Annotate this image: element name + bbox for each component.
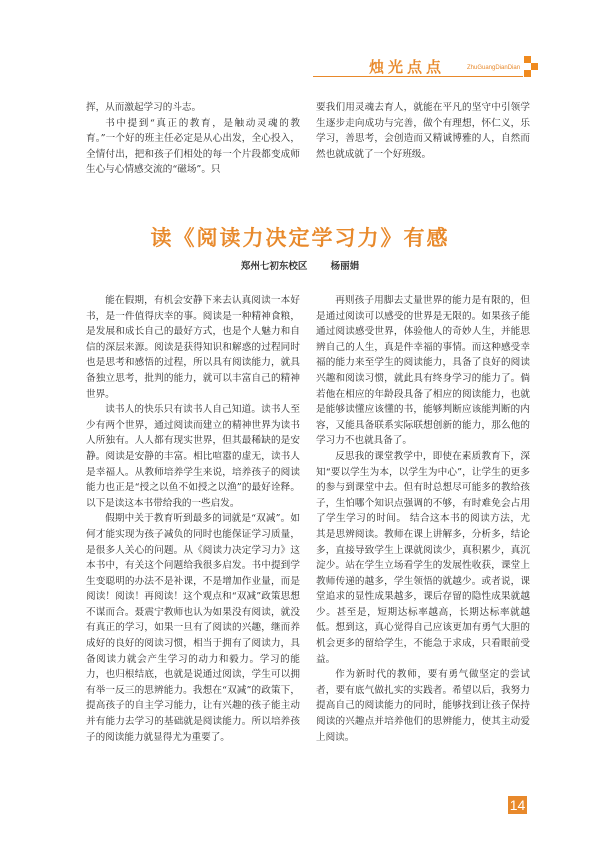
author-school: 郑州七初东校区: [241, 261, 308, 272]
paragraph: 再则孩子用脚去丈量世界的能力是有限的，但是通过阅读可以感受的世界是无限的。如果孩…: [316, 293, 530, 449]
paragraph: 能在假期，有机会安静下来去认真阅读一本好书，是一件值得庆幸的事。阅读是一种精神食…: [86, 293, 300, 402]
header-rule: [313, 76, 523, 77]
section-pinyin: ZhuGuangDianDian: [467, 65, 520, 71]
page-number: 14: [508, 796, 527, 814]
paragraph: 要我们用灵魂去育人，就能在平凡的坚守中引领学生逐步走向成功与完善，做个有理想，怀…: [316, 100, 530, 162]
section-header: 烛光点点 ZhuGuangDianDian: [313, 56, 543, 78]
paragraph: 挥，从而激起学习的斗志。: [86, 100, 300, 116]
continuation-right-column: 要我们用灵魂去育人，就能在平凡的坚守中引领学生逐步走向成功与完善，做个有理想，怀…: [316, 100, 530, 162]
byline: 郑州七初东校区 杨丽娟: [0, 258, 600, 272]
paragraph: 反思我的课堂教学中，即使在素质教育下，深知“要以学生为本，以学生为中心”，让学生…: [316, 449, 530, 667]
checker-squares-icon: [524, 56, 540, 77]
author-name: 杨丽娟: [331, 261, 360, 272]
section-title: 烛光点点: [369, 56, 445, 77]
continuation-left-column: 挥，从而激起学习的斗志。 书中提到“真正的教育，是触动灵魂的教育。”一个好的班主…: [86, 100, 300, 178]
article-title: 读《阅读力决定学习力》有感: [0, 222, 600, 252]
paragraph: 书中提到“真正的教育，是触动灵魂的教育。”一个好的班主任必定是从心出发，全心投入…: [86, 116, 300, 178]
article-left-column: 能在假期，有机会安静下来去认真阅读一本好书，是一件值得庆幸的事。阅读是一种精神食…: [86, 293, 300, 745]
paragraph: 读书人的快乐只有读书人自己知道。读书人至少有两个世界，通过阅读而建立的精神世界为…: [86, 402, 300, 511]
paragraph: 作为新时代的教师，要有勇气做坚定的尝试者，要有底气做扎实的实践者。希望以后，我努…: [316, 667, 530, 745]
article-right-column: 再则孩子用脚去丈量世界的能力是有限的，但是通过阅读可以感受的世界是无限的。如果孩…: [316, 293, 530, 745]
paragraph: 假期中关于教育听到最多的词就是“双减”。如何才能实现为孩子减负的同时也能保证学习…: [86, 511, 300, 745]
